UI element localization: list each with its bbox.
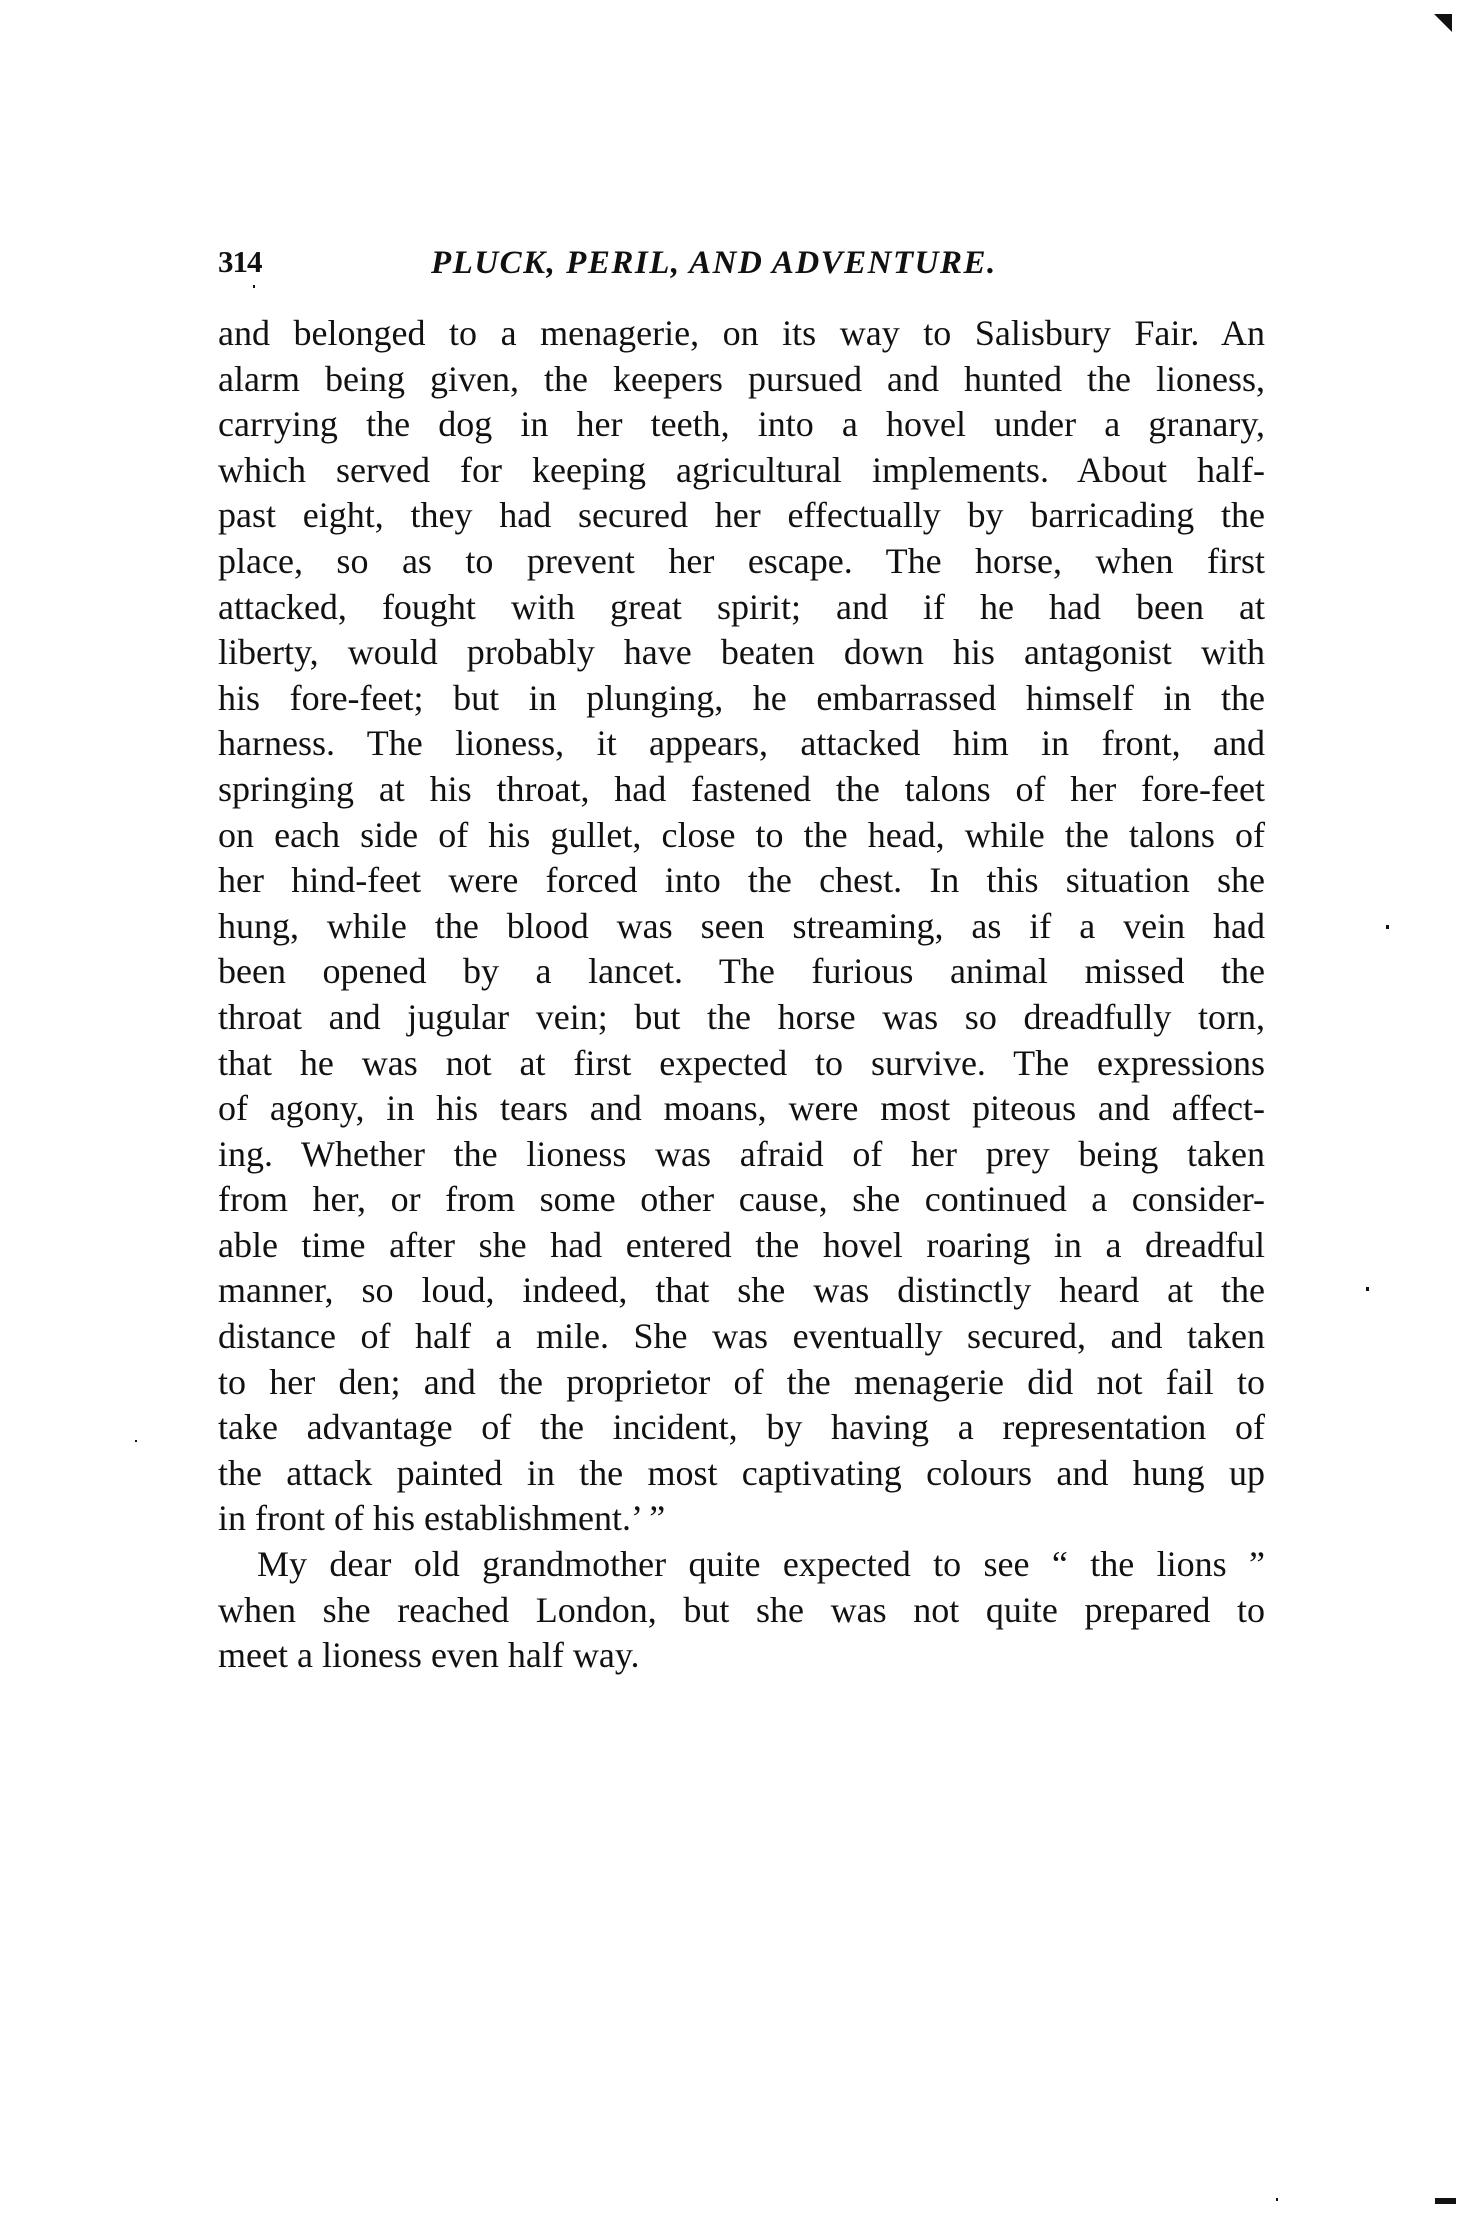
text-line: throat and jugular vein; but the horse w… (218, 995, 1265, 1041)
paragraph-start-line: My dear old grandmother quite expected t… (218, 1542, 1265, 1588)
book-page: 314 PLUCK, PERIL, AND ADVENTURE. and bel… (0, 0, 1466, 2224)
text-line: from her, or from some other cause, she … (218, 1177, 1265, 1223)
corner-scan-mark-icon (1435, 2198, 1456, 2204)
text-line: manner, so loud, indeed, that she was di… (218, 1268, 1265, 1314)
text-line: attacked, fought with great spirit; and … (218, 585, 1265, 631)
corner-scan-mark-icon (1434, 14, 1452, 32)
text-line: ing. Whether the lioness was afraid of h… (218, 1132, 1265, 1178)
scan-speck (1276, 2198, 1278, 2201)
page-number: 314 (218, 244, 262, 280)
text-line: to her den; and the proprietor of the me… (218, 1360, 1265, 1406)
running-title: PLUCK, PERIL, AND ADVENTURE. (431, 243, 1071, 283)
text-line: of agony, in his tears and moans, were m… (218, 1086, 1265, 1132)
body-text: and belonged to a menagerie, on its way … (218, 311, 1265, 1679)
text-line: alarm being given, the keepers pursued a… (218, 357, 1265, 403)
text-line: liberty, would probably have beaten down… (218, 630, 1265, 676)
text-line: been opened by a lancet. The furious ani… (218, 949, 1265, 995)
scan-speck (135, 1440, 137, 1442)
text-line: when she reached London, but she was not… (218, 1588, 1265, 1634)
text-line: his fore-feet; but in plunging, he embar… (218, 676, 1265, 722)
scan-speck (253, 285, 255, 288)
text-line: springing at his throat, had fastened th… (218, 767, 1265, 813)
text-line: able time after she had entered the hove… (218, 1223, 1265, 1269)
text-line: place, so as to prevent her escape. The … (218, 539, 1265, 585)
scan-speck (1386, 925, 1389, 929)
scan-speck (1366, 1287, 1369, 1291)
text-line: hung, while the blood was seen streaming… (218, 904, 1265, 950)
paragraph-end-line: in front of his establishment.’ ” (218, 1496, 1265, 1542)
text-line: on each side of his gullet, close to the… (218, 813, 1265, 859)
text-line: her hind-feet were forced into the chest… (218, 858, 1265, 904)
text-line: carrying the dog in her teeth, into a ho… (218, 402, 1265, 448)
text-line: that he was not at first expected to sur… (218, 1041, 1265, 1087)
text-line: the attack painted in the most captivati… (218, 1451, 1265, 1497)
text-line: distance of half a mile. She was eventua… (218, 1314, 1265, 1360)
paragraph-end-line: meet a lioness even half way. (218, 1633, 1265, 1679)
text-line: past eight, they had secured her effectu… (218, 493, 1265, 539)
running-head: 314 PLUCK, PERIL, AND ADVENTURE. (218, 240, 1265, 284)
text-line: take advantage of the incident, by havin… (218, 1405, 1265, 1451)
text-line: and belonged to a menagerie, on its way … (218, 311, 1265, 357)
text-line: which served for keeping agricultural im… (218, 448, 1265, 494)
text-line: harness. The lioness, it appears, attack… (218, 721, 1265, 767)
